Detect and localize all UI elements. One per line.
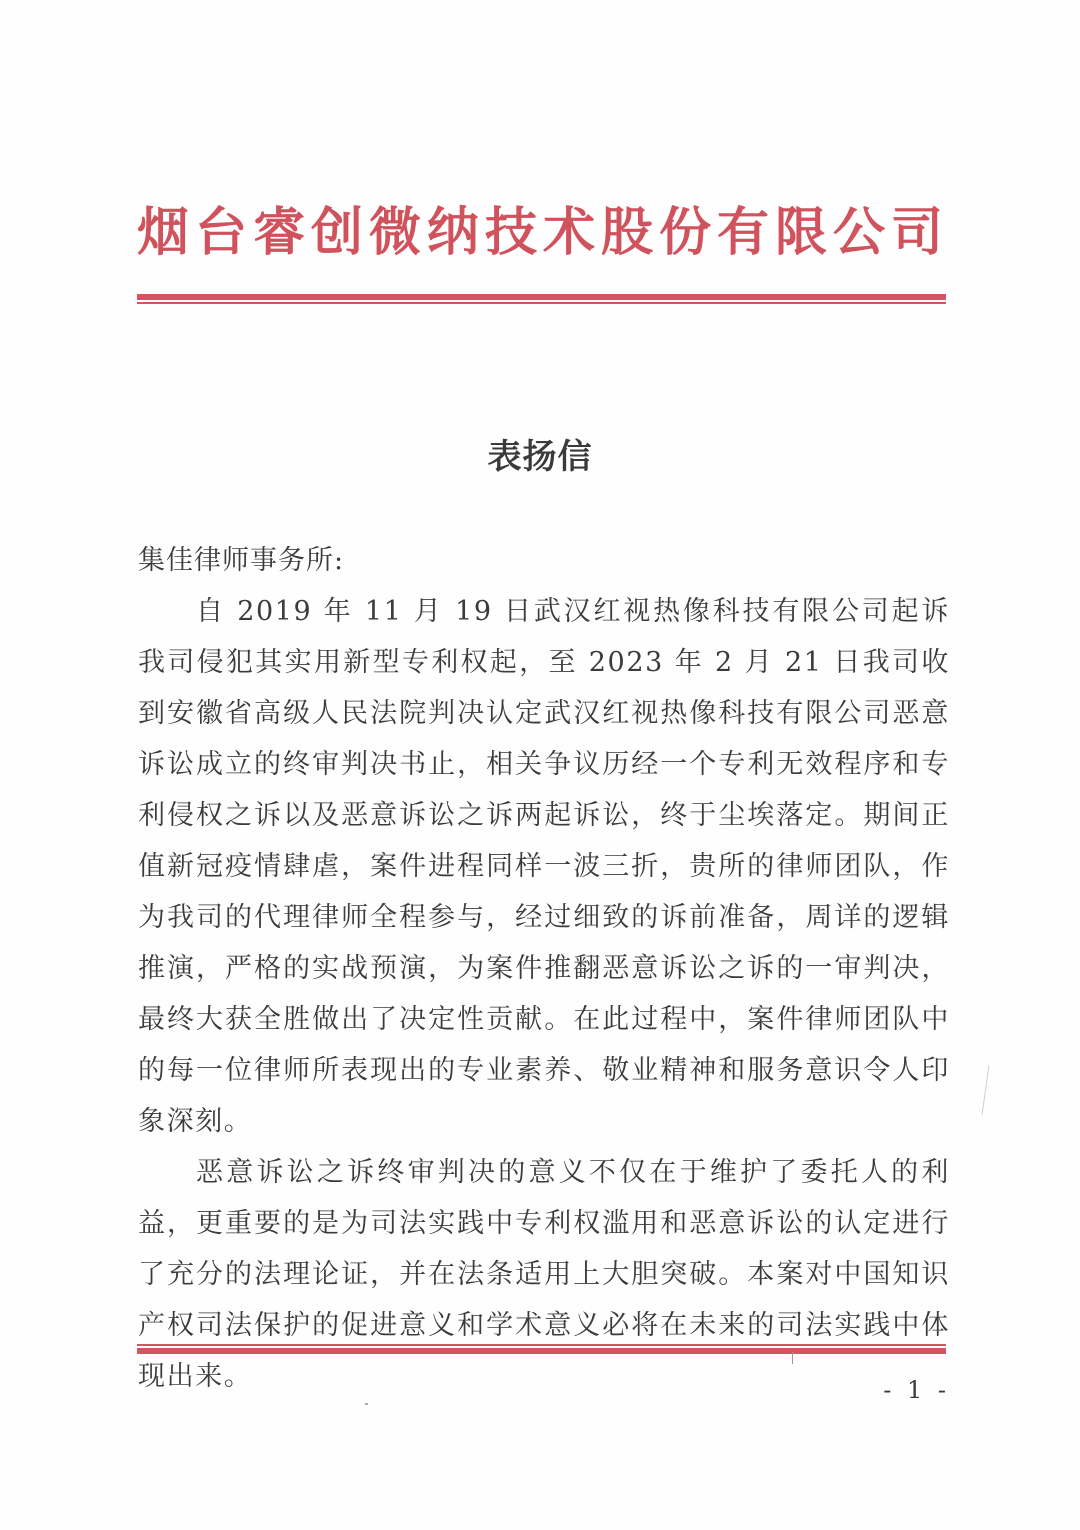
document-title: 表扬信	[0, 432, 1080, 482]
body-paragraph: 恶意诉讼之诉终审判决的意义不仅在于维护了委托人的利益，更重要的是为司法实践中专利…	[138, 1147, 950, 1402]
body-paragraph: 自 2019 年 11 月 19 日武汉红视热像科技有限公司起诉我司侵犯其实用新…	[138, 586, 950, 1147]
scan-mark	[982, 1065, 990, 1115]
footer-divider	[137, 1344, 946, 1354]
letter-page: 烟台睿创微纳技术股份有限公司 表扬信 集佳律师事务所: 自 2019 年 11 …	[0, 0, 1080, 1530]
letterhead-divider-top	[137, 294, 946, 304]
letter-body: 集佳律师事务所: 自 2019 年 11 月 19 日武汉红视热像科技有限公司起…	[138, 535, 950, 1402]
page-number: - 1 -	[870, 1372, 950, 1408]
divider-thin-line	[137, 302, 946, 304]
divider-thick-line	[137, 1348, 946, 1354]
scan-mark	[792, 1352, 793, 1364]
salutation: 集佳律师事务所:	[138, 535, 950, 586]
letterhead-company-name: 烟台睿创微纳技术股份有限公司	[137, 198, 947, 268]
scan-mark	[365, 1403, 368, 1405]
